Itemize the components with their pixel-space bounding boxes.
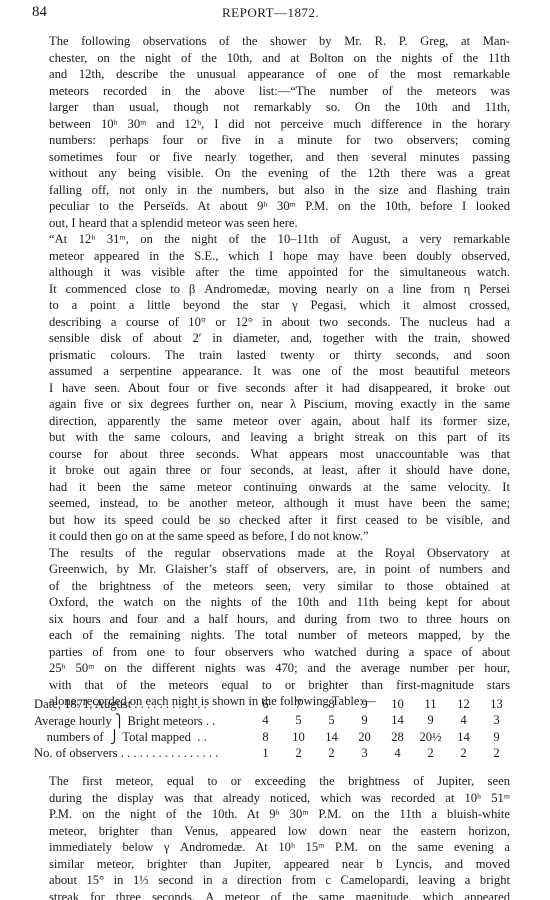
text-line: during the display was that already noti… [34, 790, 510, 807]
text-line: immediately below γ Andromedæ. At 10ʰ 15… [34, 839, 510, 856]
text-line: “At 12ʰ 31ᵐ, on the night of the 10–11th… [34, 231, 510, 248]
document-body: The following observations of the shower… [34, 33, 510, 710]
text-line: prismatic colours. The train lasted twen… [34, 347, 510, 364]
table-cell: 3 [480, 713, 513, 730]
table-cell: 13 [480, 696, 513, 713]
text-line: meteors recorded in the above list:—“The… [34, 83, 510, 100]
text-line: larger than usual, though not remarkably… [34, 99, 510, 116]
table-cell: 9 [348, 713, 381, 730]
text-line: of the brightness of the meteors seen, v… [34, 578, 510, 595]
text-line: out, I heard that a splendid meteor was … [34, 215, 510, 232]
table-cell: 14 [315, 729, 348, 746]
text-line: peculiar to the Perseïds. At about 9ʰ 30… [34, 198, 510, 215]
text-line: numbers: perhaps four or five in a minut… [34, 132, 510, 149]
table-cell: 10 [282, 729, 315, 746]
text-line: assumed a serpentine appearance. It was … [34, 363, 510, 380]
paragraph-first-meteor: The first meteor, equal to or exceeding … [34, 773, 510, 900]
text-line: without any being visible. On the evenin… [34, 165, 510, 182]
text-line: Greenwich, by Mr. Glaisher’s staff of ob… [34, 561, 510, 578]
text-line: meteor appeared in the S.E., which I hop… [34, 248, 510, 265]
text-line: direction, apparently the same meteor ov… [34, 413, 510, 430]
text-line: The first meteor, equal to or exceeding … [34, 773, 510, 790]
text-line: sometimes four or five nearly together, … [34, 149, 510, 166]
table-cell: 8 [249, 729, 282, 746]
table-cell: 2 [282, 746, 315, 763]
text-line: P.M. on the night of the 10th. At 9ʰ 30ᵐ… [34, 806, 510, 823]
table-cell: 1 [249, 746, 282, 763]
text-line: course for about three seconds. What app… [34, 446, 510, 463]
text-line: sensible disk of about 2′ in diameter, a… [34, 330, 510, 347]
page-number: 84 [32, 4, 47, 21]
text-line: streak for three seconds. A meteor of th… [34, 889, 510, 900]
page-header: 84 REPORT—1872. [32, 4, 550, 24]
paragraph-greg-observations: The following observations of the shower… [34, 33, 510, 231]
text-line: falling off, not only in the numbers, bu… [34, 182, 510, 199]
table-cell: 7 [282, 696, 315, 713]
table-cell: 10 [381, 696, 414, 713]
table-cell: 2 [315, 746, 348, 763]
row-label: Average hourly ⎫ Bright meteors . . [34, 713, 249, 730]
table-cell: 12 [447, 696, 480, 713]
table-cell: 14 [381, 713, 414, 730]
text-line: but with the same colours, and leaving a… [34, 429, 510, 446]
text-line: it broke out again three or four seconds… [34, 462, 510, 479]
paragraph-meteor-description: “At 12ʰ 31ᵐ, on the night of the 10–11th… [34, 231, 510, 545]
table-row: numbers of ⎭ Total mapped . . 8 10 14 20… [34, 729, 513, 746]
text-line: chester, on the night of the 10th, and a… [34, 50, 510, 67]
table-cell: 9 [348, 696, 381, 713]
text-line: with that of the meteors equal to or bri… [34, 677, 510, 694]
table-row: Average hourly ⎫ Bright meteors . . 4 5 … [34, 713, 513, 730]
text-line: Oxford, the watch on the nights of the 1… [34, 594, 510, 611]
table-cell: 6 [249, 696, 282, 713]
text-line: The following observations of the shower… [34, 33, 510, 50]
table-cell: 2 [414, 746, 447, 763]
text-line: between 10ʰ 30ᵐ and 12ʰ, I did not perce… [34, 116, 510, 133]
table-cell: 8 [315, 696, 348, 713]
text-line: seemed, instead, to be another meteor, a… [34, 495, 510, 512]
row-label: numbers of ⎭ Total mapped . . [34, 729, 249, 746]
table-cell: 3 [348, 746, 381, 763]
table-cell: 28 [381, 729, 414, 746]
table-cell: 4 [249, 713, 282, 730]
table-cell: 11 [414, 696, 447, 713]
text-line: describing a course of 10° or 12° in abo… [34, 314, 510, 331]
text-line: had it been the same meteor continuing o… [34, 479, 510, 496]
document-body-continued: The first meteor, equal to or exceeding … [34, 773, 510, 900]
meteor-observation-table: Date, 1871, August . . . . . . . . . . .… [34, 696, 513, 762]
text-line: and 12th, describe the unusual appearanc… [34, 66, 510, 83]
table-row: Date, 1871, August . . . . . . . . . . .… [34, 696, 513, 713]
text-line: each of the remaining nights. The total … [34, 627, 510, 644]
text-line: I have seen. About four or five seconds … [34, 380, 510, 397]
text-line: six hours and four and a half hours, and… [34, 611, 510, 628]
text-line: but how its speed could be so checked af… [34, 512, 510, 529]
text-line: parties of from one to four observers wh… [34, 644, 510, 661]
table-cell: 2 [480, 746, 513, 763]
text-line: to a point a little beyond the star γ Pe… [34, 297, 510, 314]
row-label: Date, 1871, August . . . . . . . . . . .… [34, 696, 249, 713]
table-cell: 5 [282, 713, 315, 730]
table-cell: 20 [348, 729, 381, 746]
table-row: No. of observers . . . . . . . . . . . .… [34, 746, 513, 763]
table-cell: 20½ [414, 729, 447, 746]
text-line: 25ʰ 50ᵐ on the different nights was 470;… [34, 660, 510, 677]
text-line: it could then go on at the same speed as… [34, 528, 510, 545]
text-line: The results of the regular observations … [34, 545, 510, 562]
text-line: again five or six degrees further on, ne… [34, 396, 510, 413]
row-label: No. of observers . . . . . . . . . . . .… [34, 746, 249, 763]
table-cell: 2 [447, 746, 480, 763]
paragraph-greenwich-results: The results of the regular observations … [34, 545, 510, 710]
table-cell: 9 [414, 713, 447, 730]
text-line: about 15° in 1⅓ second in a direction fr… [34, 872, 510, 889]
table-cell: 4 [381, 746, 414, 763]
table-cell: 14 [447, 729, 480, 746]
text-line: similar meteor, brighter than Jupiter, a… [34, 856, 510, 873]
table-cell: 9 [480, 729, 513, 746]
text-line: although it was visible after the time a… [34, 264, 510, 281]
table-cell: 4 [447, 713, 480, 730]
text-line: It commenced close to β Andromedæ, movin… [34, 281, 510, 298]
text-line: meteor, brighter than Venus, appeared lo… [34, 823, 510, 840]
table-cell: 5 [315, 713, 348, 730]
running-title: REPORT—1872. [222, 5, 319, 21]
